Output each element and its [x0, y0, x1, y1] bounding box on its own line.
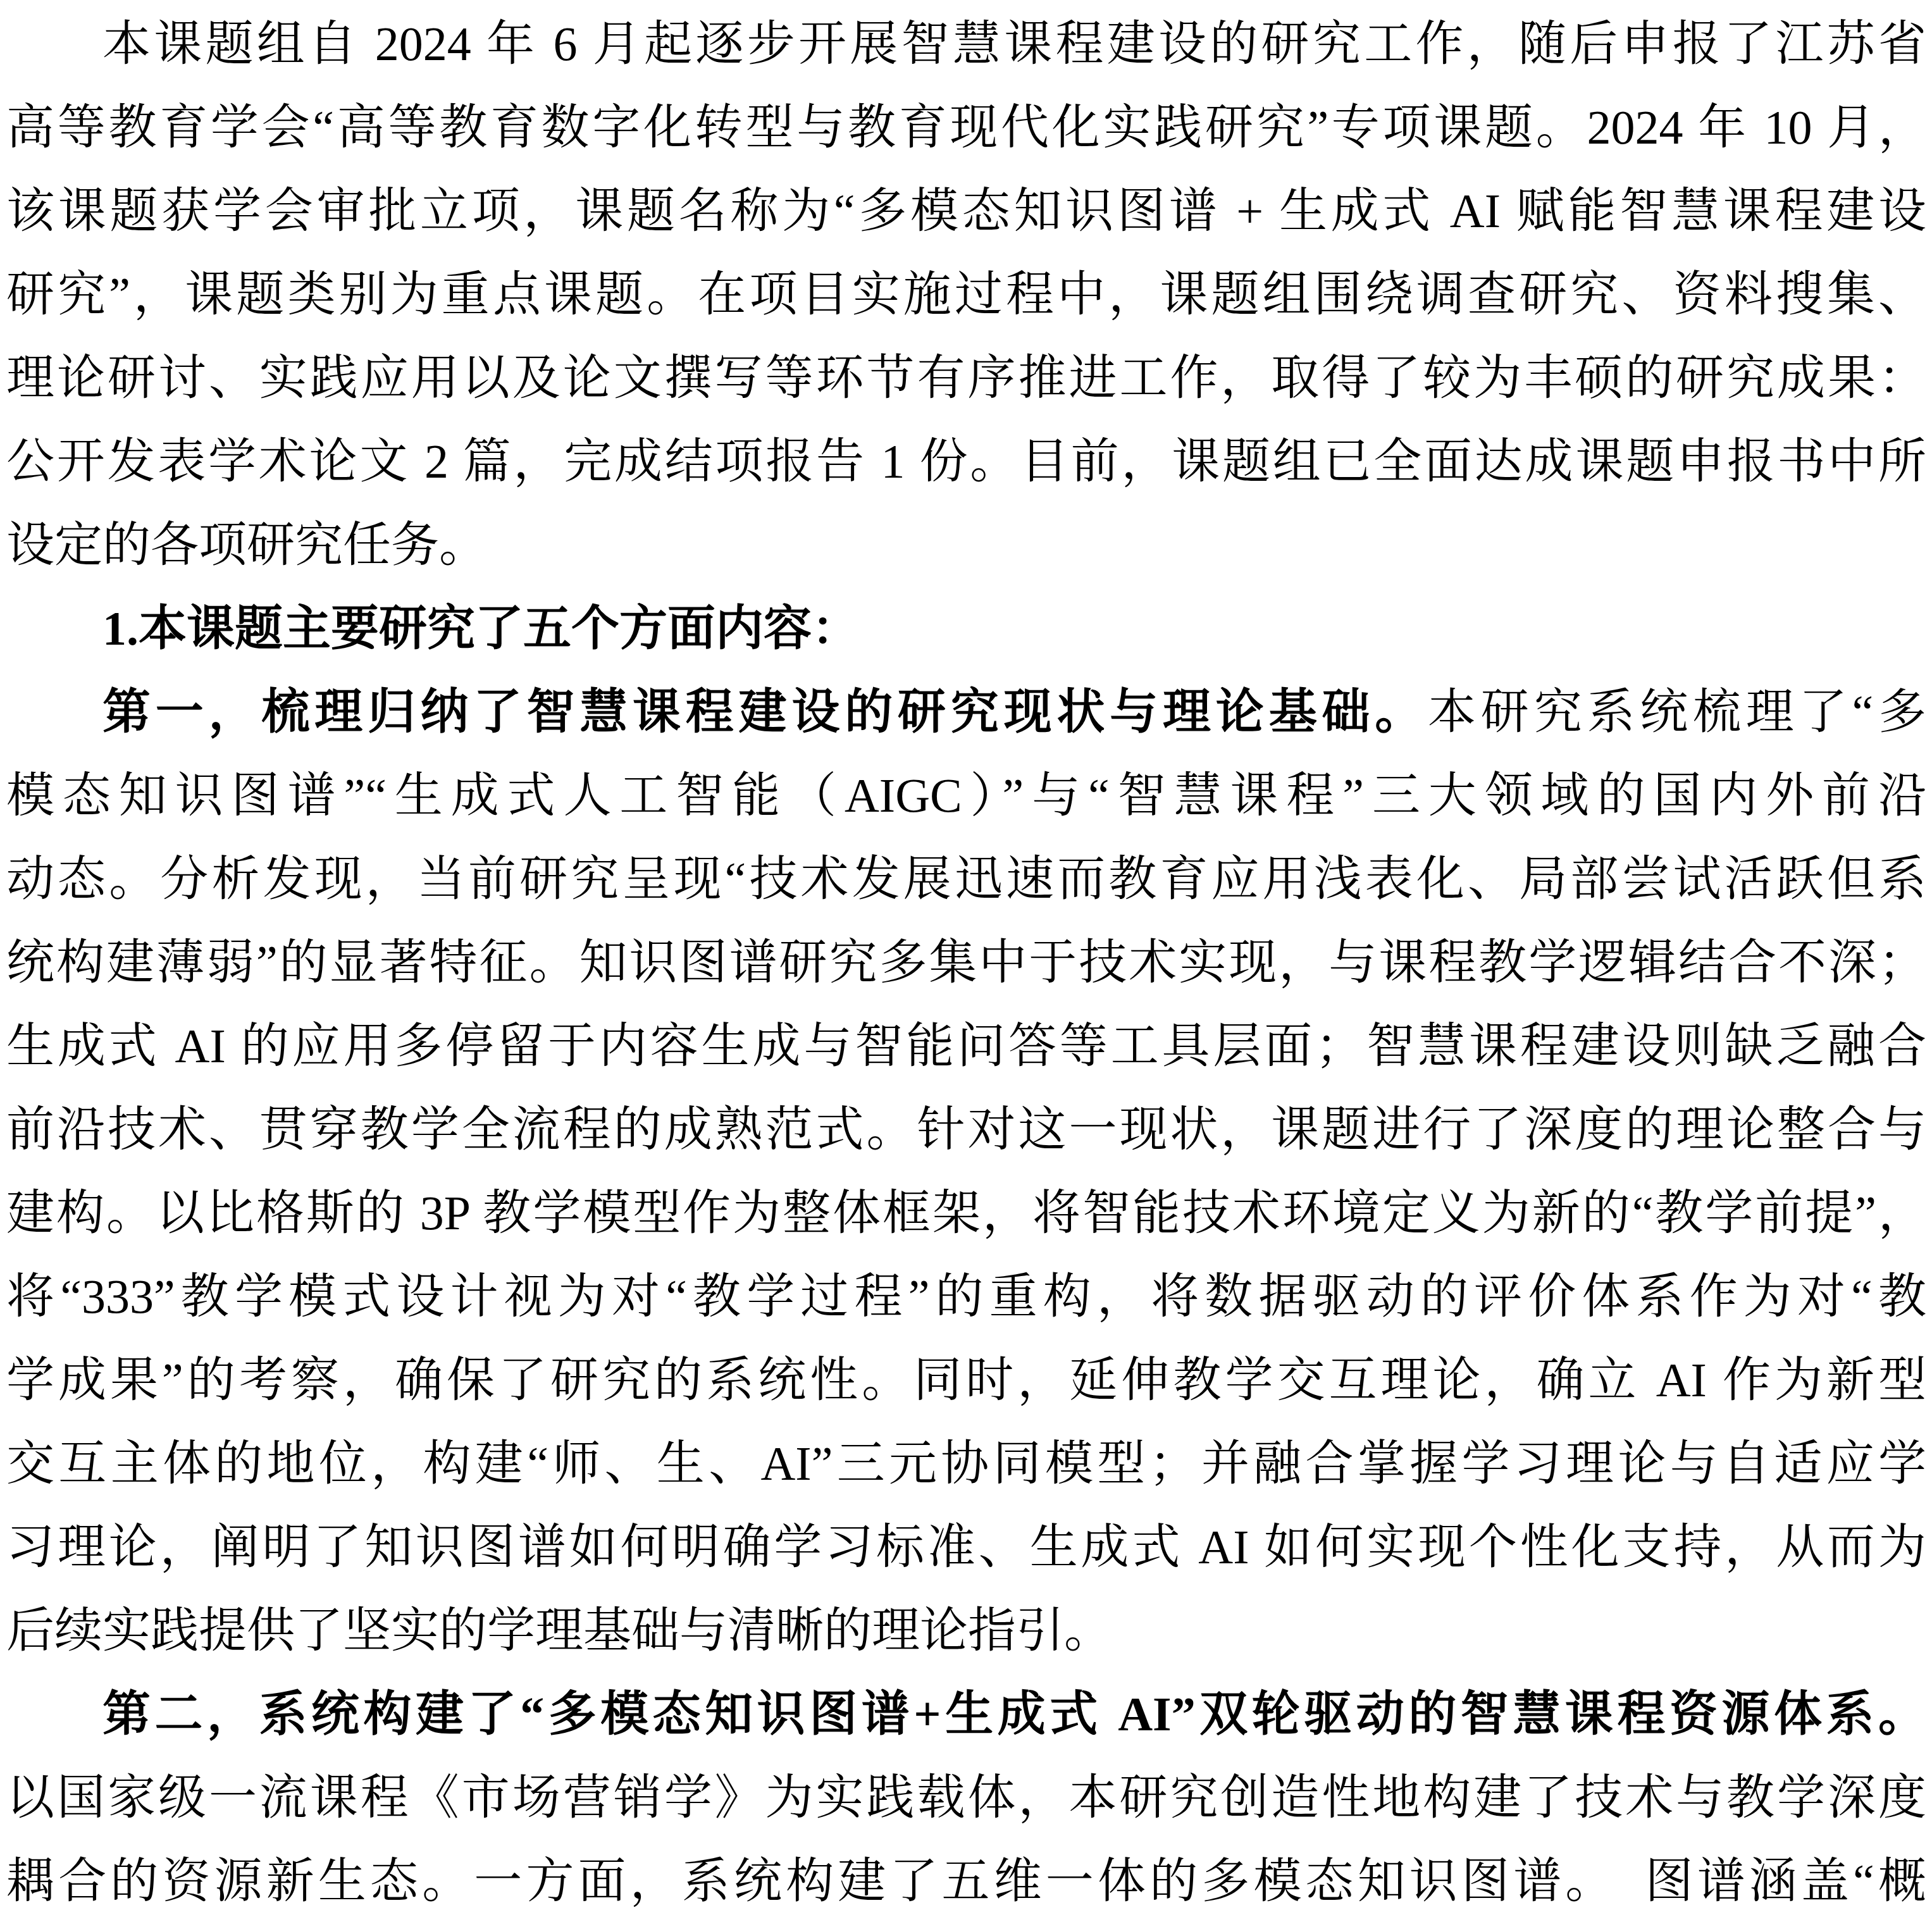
text-segment: 理论研讨、实践应用以及论文撰写等环节有序推进工作，取得了较为丰硕的研究成果： [6, 352, 1926, 405]
text-line: 交互主体的地位，构建“师、生、AI”三元协同模型；并融合掌握学习理论与自适应学 [6, 1422, 1926, 1506]
text-line: 研究”，课题类别为重点课题。在项目实施过程中，课题组围绕调查研究、资料搜集、 [6, 253, 1926, 337]
text-line: 高等教育学会“高等教育数字化转型与教育现代化实践研究”专项课题。2024 年 1… [6, 86, 1926, 170]
text-segment: 将“333”教学模式设计视为对“教学过程”的重构，将数据驱动的评价体系作为对“教 [6, 1270, 1926, 1324]
text-line: 前沿技术、贯穿教学全流程的成熟范式。针对这一现状，课题进行了深度的理论整合与 [6, 1088, 1926, 1172]
text-segment: 本研究系统梳理了“多 [1428, 686, 1926, 739]
text-line: 该课题获学会审批立项，课题名称为“多模态知识图谱 + 生成式 AI 赋能智慧课程… [6, 170, 1926, 253]
text-line: 后续实践提供了坚实的学理基础与清晰的理论指引。 [6, 1589, 1926, 1673]
text-line: 模态知识图谱”“生成式人工智能（AIGC）”与“智慧课程”三大领域的国内外前沿 [6, 754, 1926, 838]
text-line: 将“333”教学模式设计视为对“教学过程”的重构，将数据驱动的评价体系作为对“教 [6, 1255, 1926, 1339]
document-body: 本课题组自 2024 年 6 月起逐步开展智慧课程建设的研究工作，随后申报了江苏… [6, 3, 1926, 1922]
bold-text-segment: 第二，系统构建了“多模态知识图谱+生成式 AI”双轮驱动的智慧课程资源体系。 [102, 1688, 1926, 1741]
text-segment: 学成果”的考察，确保了研究的系统性。同时，延伸教学交互理论，确立 AI 作为新型 [6, 1354, 1926, 1407]
text-line: 理论研讨、实践应用以及论文撰写等环节有序推进工作，取得了较为丰硕的研究成果： [6, 337, 1926, 420]
text-segment: 习理论，阐明了知识图谱如何明确学习标准、生成式 AI 如何实现个性化支持，从而为 [6, 1521, 1926, 1574]
document-page: 本课题组自 2024 年 6 月起逐步开展智慧课程建设的研究工作，随后申报了江苏… [0, 0, 1932, 1922]
text-segment: 生成式 AI 的应用多停留于内容生成与智能问答等工具层面；智慧课程建设则缺乏融合 [6, 1020, 1926, 1073]
text-line: 公开发表学术论文 2 篇，完成结项报告 1 份。目前，课题组已全面达成课题申报书… [6, 420, 1926, 504]
bold-text-segment: 1.本课题主要研究了五个方面内容： [102, 602, 860, 655]
text-segment: 后续实践提供了坚实的学理基础与清晰的理论指引。 [6, 1604, 1112, 1658]
bold-text-segment: 第一，梳理归纳了智慧课程建设的研究现状与理论基础。 [102, 686, 1428, 739]
text-line: 以国家级一流课程《市场营销学》为实践载体，本研究创造性地构建了技术与教学深度 [6, 1756, 1926, 1840]
text-line: 统构建薄弱”的显著特征。知识图谱研究多集中于技术实现，与课程教学逻辑结合不深； [6, 921, 1926, 1005]
text-line: 本课题组自 2024 年 6 月起逐步开展智慧课程建设的研究工作，随后申报了江苏… [6, 3, 1926, 86]
text-segment: 公开发表学术论文 2 篇，完成结项报告 1 份。目前，课题组已全面达成课题申报书… [6, 435, 1926, 488]
text-segment: 统构建薄弱”的显著特征。知识图谱研究多集中于技术实现，与课程教学逻辑结合不深； [6, 936, 1926, 989]
text-segment: 模态知识图谱”“生成式人工智能（AIGC）”与“智慧课程”三大领域的国内外前沿 [6, 769, 1926, 822]
text-segment: 高等教育学会“高等教育数字化转型与教育现代化实践研究”专项课题。2024 年 1… [6, 101, 1926, 154]
text-segment: 以国家级一流课程《市场营销学》为实践载体，本研究创造性地构建了技术与教学深度 [6, 1771, 1926, 1825]
text-line: 耦合的资源新生态。一方面，系统构建了五维一体的多模态知识图谱。 图谱涵盖“概 [6, 1840, 1926, 1922]
text-line: 设定的各项研究任务。 [6, 504, 1926, 587]
text-segment: 前沿技术、贯穿教学全流程的成熟范式。针对这一现状，课题进行了深度的理论整合与 [6, 1103, 1926, 1156]
text-segment: 本课题组自 2024 年 6 月起逐步开展智慧课程建设的研究工作，随后申报了江苏… [102, 18, 1926, 71]
text-segment: 交互主体的地位，构建“师、生、AI”三元协同模型；并融合掌握学习理论与自适应学 [6, 1437, 1926, 1491]
text-line: 第一，梳理归纳了智慧课程建设的研究现状与理论基础。本研究系统梳理了“多 [6, 671, 1926, 754]
text-line: 习理论，阐明了知识图谱如何明确学习标准、生成式 AI 如何实现个性化支持，从而为 [6, 1506, 1926, 1589]
text-line: 动态。分析发现，当前研究呈现“技术发展迅速而教育应用浅表化、局部尝试活跃但系 [6, 838, 1926, 921]
text-line: 学成果”的考察，确保了研究的系统性。同时，延伸教学交互理论，确立 AI 作为新型 [6, 1339, 1926, 1422]
text-segment: 动态。分析发现，当前研究呈现“技术发展迅速而教育应用浅表化、局部尝试活跃但系 [6, 853, 1926, 906]
text-segment: 研究”，课题类别为重点课题。在项目实施过程中，课题组围绕调查研究、资料搜集、 [6, 268, 1926, 321]
text-line: 生成式 AI 的应用多停留于内容生成与智能问答等工具层面；智慧课程建设则缺乏融合 [6, 1005, 1926, 1088]
text-line: 第二，系统构建了“多模态知识图谱+生成式 AI”双轮驱动的智慧课程资源体系。 [6, 1673, 1926, 1756]
text-segment: 建构。以比格斯的 3P 教学模型作为整体框架，将智能技术环境定义为新的“教学前提… [6, 1187, 1926, 1240]
text-segment: 耦合的资源新生态。一方面，系统构建了五维一体的多模态知识图谱。 图谱涵盖“概 [6, 1855, 1926, 1908]
text-segment: 设定的各项研究任务。 [6, 519, 487, 572]
text-line: 建构。以比格斯的 3P 教学模型作为整体框架，将智能技术环境定义为新的“教学前提… [6, 1172, 1926, 1255]
text-line: 1.本课题主要研究了五个方面内容： [6, 587, 1926, 671]
text-segment: 该课题获学会审批立项，课题名称为“多模态知识图谱 + 生成式 AI 赋能智慧课程… [6, 185, 1926, 238]
